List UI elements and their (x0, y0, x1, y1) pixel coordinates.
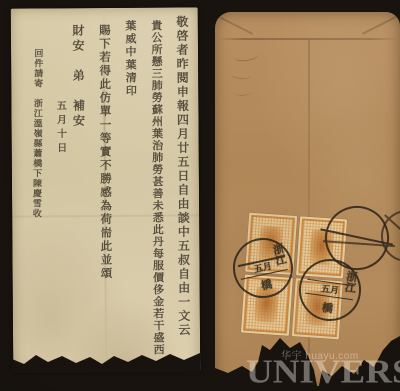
photo-canvas: 敬啓者昨閱申報四月廿五日自由談中五叔自由一文云 貴公所懸三肺勞蘇州葉治肺勞甚善未… (0, 0, 400, 391)
letter-column-1: 敬啓者昨閱申報四月廿五日自由談中五叔自由一文云 (176, 15, 190, 337)
letter-column-2: 貴公所懸三肺勞蘇州葉治肺勞甚善未悉此丹每服價侈金若干盛西 (151, 20, 164, 356)
envelope-flap-corner-left (215, 12, 253, 35)
pencil-scribble (231, 69, 252, 80)
pencil-scribble (235, 87, 252, 96)
postmark-region-text: 浙江 (344, 270, 358, 293)
pencil-scribble (232, 48, 259, 63)
postmark-office-text: 橋 (321, 299, 334, 316)
postmark-office-text: 橋 (260, 276, 274, 294)
letter-column-4: 賜下若得此仿單一等實不勝感為荷耑此並頌 (98, 24, 111, 281)
letter-column-6: 五月十日 (54, 100, 64, 156)
letter-column-3: 葉威中葉清印 (125, 20, 137, 98)
watermark-brand-text: UNIVERSE (246, 352, 400, 391)
postmark-date-text: 五月 (320, 281, 340, 296)
postmark-stroke (384, 214, 400, 255)
envelope: 浙江 五月 橋 浙江 五月 橋 (215, 12, 400, 386)
letter-handwriting: 敬啓者昨閱申報四月廿五日自由談中五叔自由一文云 貴公所懸三肺勞蘇州葉治肺勞甚善未… (11, 7, 201, 372)
envelope-flap-corner-right (362, 12, 400, 35)
letter-column-7-sender-address: 回件請寄 浙江溫嶺縣蕭橋下陳慶雪收 (31, 48, 42, 218)
letter-sheet: 敬啓者昨閱申報四月廿五日自由談中五叔自由一文云 貴公所懸三肺勞蘇州葉治肺勞甚善未… (11, 7, 201, 372)
letter-column-5: 財安 弟 補安 (72, 24, 85, 129)
